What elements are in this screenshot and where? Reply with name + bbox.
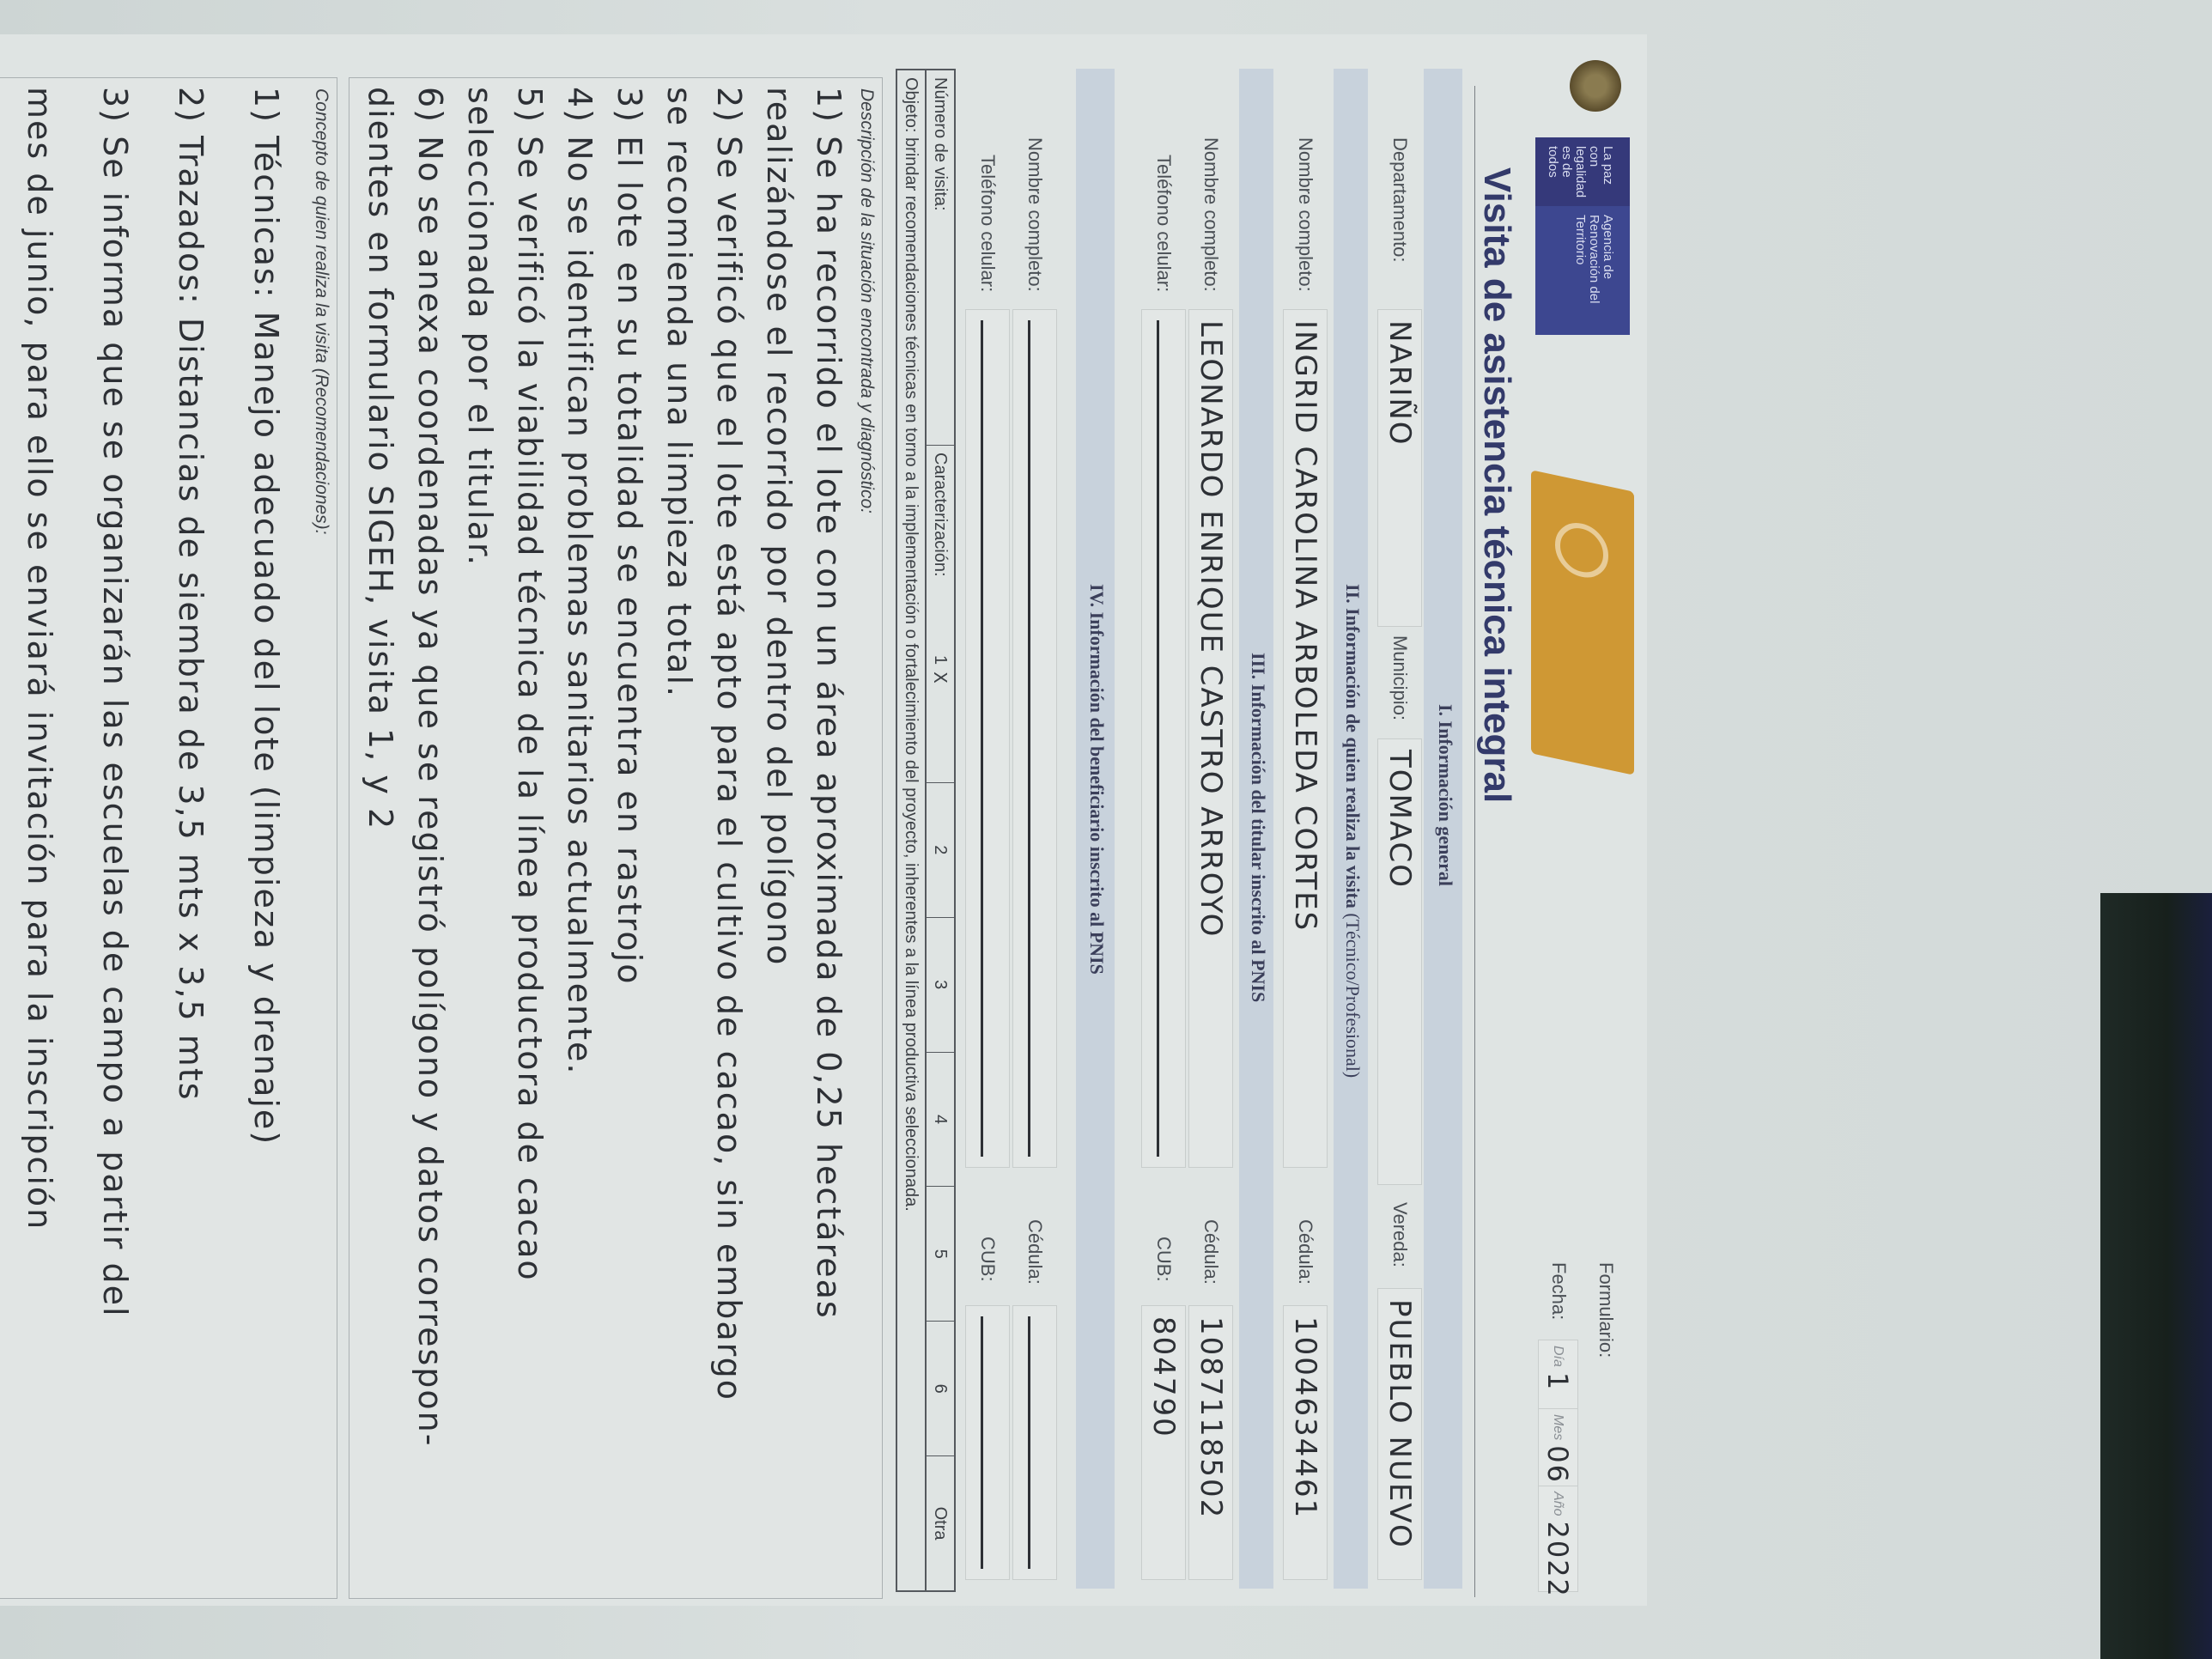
agency-name: Agencia de Renovación del Territorio <box>1535 206 1630 335</box>
titular-cub-value: 804790 <box>1146 1316 1181 1438</box>
dia-value: 1 <box>1542 1372 1575 1391</box>
beneficiario-nombre-field[interactable] <box>1012 309 1057 1168</box>
visit-option-6[interactable]: 6 <box>927 1321 954 1455</box>
concepto-line: 1) Técnicas: Manejo adecuado del lote (l… <box>247 87 285 1145</box>
beneficiario-nombre-label: Nombre completo: <box>1024 137 1046 292</box>
objeto-text: Objeto: brindar recomendaciones técnicas… <box>897 70 925 1590</box>
fecha-dia-field[interactable]: Día 1 <box>1538 1340 1578 1412</box>
tecnico-nombre-label: Nombre completo: <box>1294 137 1316 292</box>
descripcion-line: seleccionada por el titular. <box>461 87 499 567</box>
titular-cub-field[interactable]: 804790 <box>1141 1305 1186 1580</box>
descripcion-line: realizándose el recorrido por dentro del… <box>760 87 798 966</box>
beneficiario-telefono-label: Teléfono celular: <box>976 155 999 292</box>
fecha-label: Fecha: <box>1547 1262 1570 1320</box>
titular-cedula-value: 1087118502 <box>1194 1316 1228 1519</box>
visit-option-3[interactable]: 3 <box>927 917 954 1052</box>
section-3-title: III. Información del titular inscrito al… <box>1247 653 1269 1002</box>
departamento-label: Departamento: <box>1389 137 1411 263</box>
descripcion-line: 3) El lote en su totalidad se encuentra … <box>611 87 648 986</box>
tecnico-nombre-field[interactable]: INGRID CAROLINA ARBOLEDA CORTES <box>1283 309 1328 1168</box>
visit-options: 1X23456Otra <box>927 648 954 1590</box>
concepto-title: Concepto de quien realiza la visita (Rec… <box>311 88 331 534</box>
section-2-title: II. Información de quien realiza la visi… <box>1341 584 1364 1078</box>
numero-visita-label: Número de visita: <box>927 70 954 445</box>
vereda-label: Vereda: <box>1389 1202 1411 1267</box>
page-title: Visita de asistencia técnica integral <box>1475 167 1518 803</box>
descripcion-title: Descripción de la situación encontrada y… <box>856 88 877 513</box>
tecnico-nombre-value: INGRID CAROLINA ARBOLEDA CORTES <box>1288 320 1322 932</box>
fecha-anio-field[interactable]: Año 2022 <box>1538 1486 1578 1592</box>
concepto-line: mes de junio, para ello se enviará invit… <box>21 87 58 1231</box>
concepto-area[interactable]: Concepto de quien realiza la visita (Rec… <box>0 77 337 1599</box>
titular-cub-label: CUB: <box>1152 1237 1175 1282</box>
photo-background: La paz con legalidad es de todos Agencia… <box>0 0 2212 1659</box>
titular-telefono-label: Teléfono celular: <box>1152 155 1175 292</box>
objeto-row: Objeto: brindar recomendaciones técnicas… <box>897 70 927 1590</box>
beneficiario-cub-label: CUB: <box>976 1237 999 1282</box>
concepto-line: 2) Trazados: Distancias de siembra de 3,… <box>172 87 210 1102</box>
selected-mark: X <box>930 671 951 684</box>
descripcion-area[interactable]: Descripción de la situación encontrada y… <box>349 77 883 1599</box>
municipio-label: Municipio: <box>1389 635 1411 720</box>
fecha-mes-field[interactable]: Mes 06 <box>1538 1408 1578 1489</box>
visit-option-1[interactable]: 1X <box>927 648 954 782</box>
anio-label: Año <box>1551 1492 1566 1516</box>
visit-option-5[interactable]: 5 <box>927 1186 954 1321</box>
titular-telefono-field[interactable] <box>1141 309 1186 1168</box>
government-logo: La paz con legalidad es de todos Agencia… <box>1535 137 1630 335</box>
visit-option-otra[interactable]: Otra <box>927 1455 954 1590</box>
descripcion-line: 6) No se anexa coordenadas ya que se reg… <box>411 87 449 1447</box>
titular-nombre-value: LEONARDO ENRIQUE CASTRO ARROYO <box>1194 320 1228 938</box>
mes-label: Mes <box>1551 1414 1566 1440</box>
tecnico-cedula-field[interactable]: 1004634461 <box>1283 1305 1328 1580</box>
descripcion-line: 2) Se verificó que el lote está apto par… <box>710 87 748 1401</box>
caracterizacion-label: Caracterización: <box>927 445 954 648</box>
form-page: La paz con legalidad es de todos Agencia… <box>0 0 1659 1614</box>
visit-option-2[interactable]: 2 <box>927 782 954 917</box>
titular-nombre-field[interactable]: LEONARDO ENRIQUE CASTRO ARROYO <box>1188 309 1233 1168</box>
mes-value: 06 <box>1542 1445 1575 1484</box>
beneficiario-cub-field[interactable] <box>965 1305 1010 1580</box>
titular-cedula-field[interactable]: 1087118502 <box>1188 1305 1233 1580</box>
tecnico-cedula-label: Cédula: <box>1294 1219 1316 1285</box>
concepto-line: 3) Se informa que se organizarán las esc… <box>96 87 134 1318</box>
vereda-field[interactable]: PUEBLO NUEVO <box>1377 1288 1422 1580</box>
section-4-title: IV. Información del beneficiario inscrit… <box>1085 584 1108 975</box>
titular-cedula-label: Cédula: <box>1200 1219 1222 1285</box>
visit-option-4[interactable]: 4 <box>927 1052 954 1187</box>
anio-value: 2022 <box>1542 1521 1575 1597</box>
form-header: La paz con legalidad es de todos Agencia… <box>1475 34 1647 1606</box>
descripcion-line: 1) Se ha recorrido el lote con un área a… <box>810 87 848 1320</box>
departamento-field[interactable]: NARIÑO <box>1377 309 1422 627</box>
descripcion-line: 5) Se verificó la viabilidad técnica de … <box>511 87 549 1282</box>
beneficiario-cedula-label: Cédula: <box>1024 1219 1046 1285</box>
table-surface <box>2100 893 2212 1659</box>
municipio-value: TOMACO <box>1382 750 1417 889</box>
art-logo-icon <box>1531 470 1634 775</box>
section-1-title: I. Información general <box>1434 704 1456 886</box>
descripcion-line: 4) No se identifican problemas sanitario… <box>561 87 599 1075</box>
visit-table: Número de visita: Caracterización: 1X234… <box>896 69 956 1592</box>
section-2-title-suffix: (Técnico/Profesional) <box>1342 913 1364 1078</box>
titular-nombre-label: Nombre completo: <box>1200 137 1222 292</box>
gov-tagline: La paz con legalidad es de todos <box>1535 137 1630 206</box>
descripcion-line: dientes en formulario SIGEH, visita 1, y… <box>362 87 399 830</box>
beneficiario-telefono-field[interactable] <box>965 309 1010 1168</box>
formulario-label: Formulario: <box>1595 1262 1617 1358</box>
municipio-field[interactable]: TOMACO <box>1377 738 1422 1185</box>
dia-label: Día <box>1551 1346 1566 1367</box>
header-divider <box>1474 86 1475 1597</box>
tecnico-cedula-value: 1004634461 <box>1288 1316 1322 1519</box>
section-2-title-text: II. Información de quien realiza la visi… <box>1342 584 1364 908</box>
visit-number-row: Número de visita: Caracterización: 1X234… <box>927 70 954 1590</box>
departamento-value: NARIÑO <box>1382 320 1417 447</box>
beneficiario-cedula-field[interactable] <box>1012 1305 1057 1580</box>
descripcion-line: se recomienda una limpieza total. <box>660 87 698 698</box>
vereda-value: PUEBLO NUEVO <box>1382 1299 1417 1549</box>
colombia-coat-of-arms-icon <box>1570 60 1621 112</box>
